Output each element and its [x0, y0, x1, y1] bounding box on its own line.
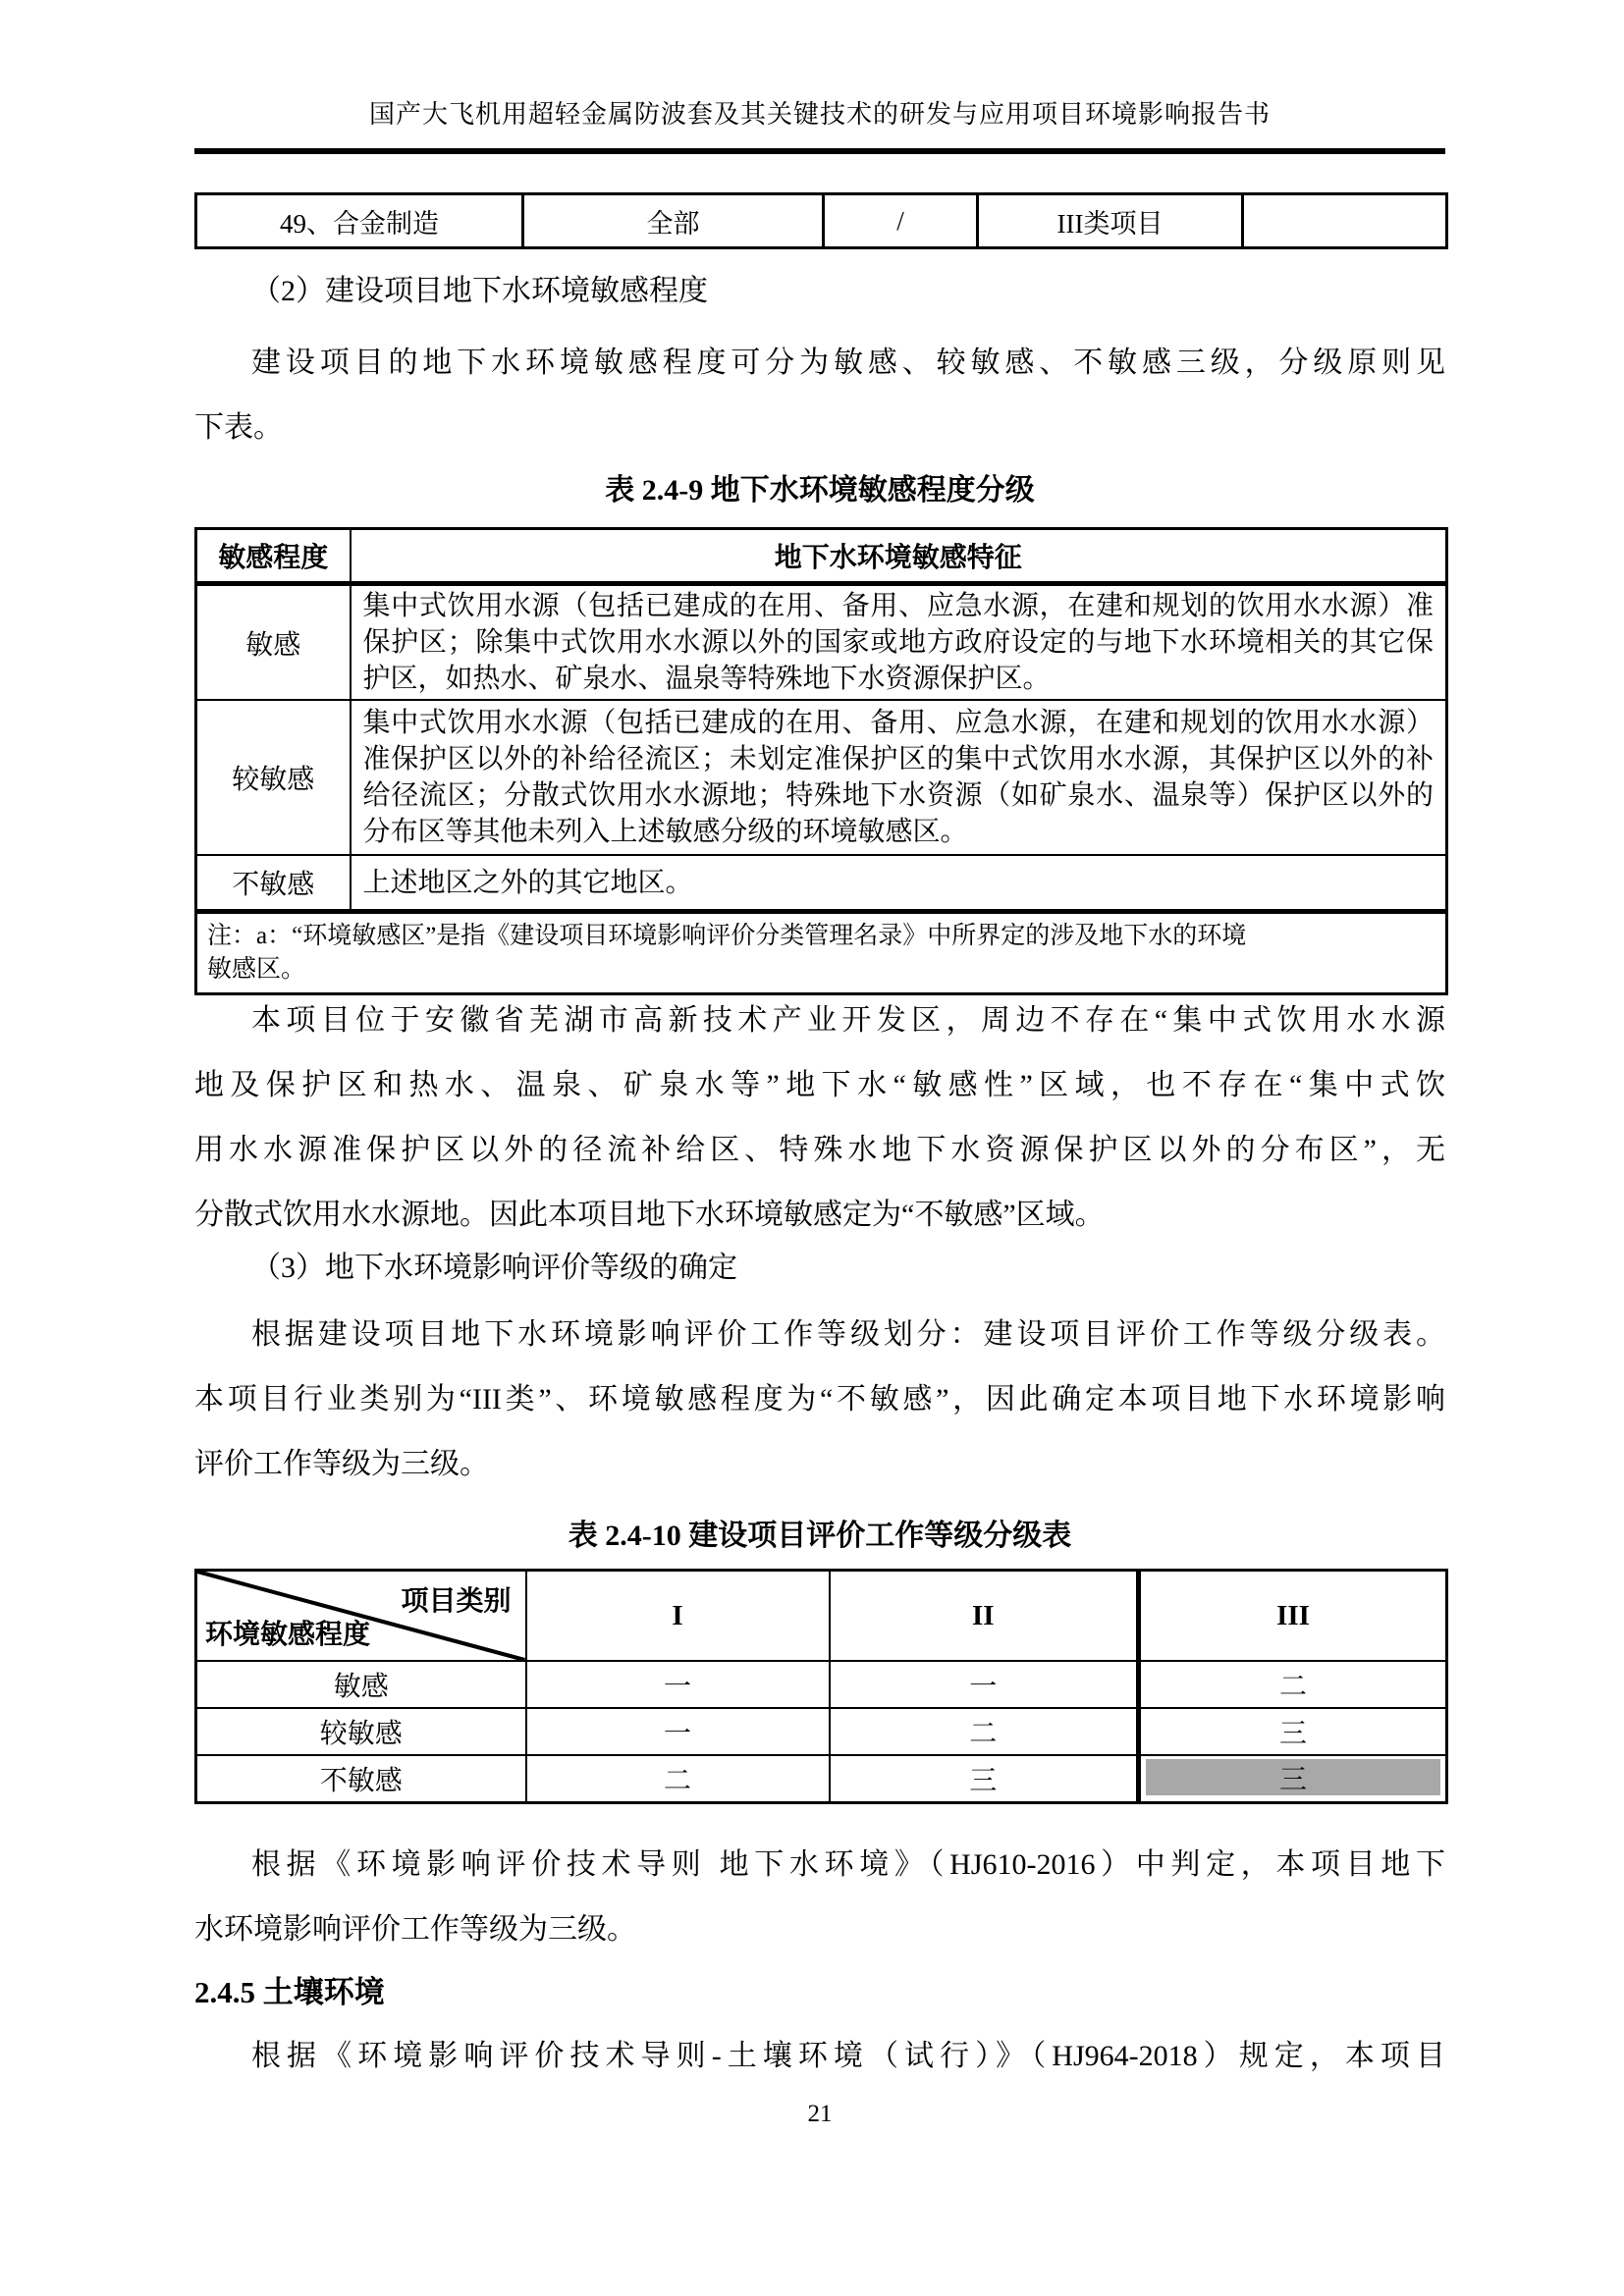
paragraph-line: 本项目位于安徽省芜湖市高新技术产业开发区，周边不存在“集中式饮用水水源	[194, 988, 1445, 1053]
grade-cell: 二	[830, 1708, 1139, 1755]
page-header-title: 国产大飞机用超轻金属防波套及其关键技术的研发与应用项目环境影响报告书	[194, 94, 1445, 131]
paragraph-line: 评价工作等级为三级。	[194, 1432, 1445, 1497]
paragraph-line: 分散式饮用水水源地。因此本项目地下水环境敏感定为“不敏感”区域。	[194, 1183, 1445, 1248]
grade-cell: 三	[830, 1755, 1139, 1803]
grade-cell: 二	[1139, 1661, 1447, 1708]
category-cell-empty	[1243, 194, 1447, 248]
grade-cell-highlighted: 三	[1139, 1755, 1447, 1803]
feature-cell: 集中式饮用水源（包括已建成的在用、备用、应急水源，在建和规划的饮用水水源）准保护…	[351, 584, 1447, 701]
feature-cell: 集中式饮用水水源（包括已建成的在用、备用、应急水源，在建和规划的饮用水水源）准保…	[351, 700, 1447, 855]
grade-cell: 三	[1139, 1708, 1447, 1755]
table-row: 敏感程度 地下水环境敏感特征	[196, 529, 1447, 584]
level-cell: 敏感	[196, 584, 351, 701]
paragraph-line: 本项目行业类别为“III类”、环境敏感程度为“不敏感”，因此确定本项目地下水环境…	[194, 1367, 1445, 1432]
highlight-box: 三	[1146, 1759, 1440, 1795]
conclusion-paragraph: 根据《环境影响评价技术导则 地下水环境》（HJ610-2016）中判定，本项目地…	[194, 1833, 1445, 1962]
paragraph-line: 水环境影响评价工作等级为三级。	[194, 1897, 1445, 1962]
diagonal-header-cell: 项目类别 环境敏感程度	[196, 1571, 526, 1662]
table-row: 敏感 一 一 二	[196, 1661, 1447, 1708]
category-cell-slash: /	[824, 194, 978, 248]
table-row: 较敏感 集中式饮用水水源（包括已建成的在用、备用、应急水源，在建和规划的饮用水水…	[196, 700, 1447, 855]
table-header-row: 项目类别 环境敏感程度 I II III	[196, 1571, 1447, 1662]
section-3-heading: （3）地下水环境影响评价等级的确定	[194, 1249, 1502, 1288]
evaluation-grade-table: 项目类别 环境敏感程度 I II III 敏感 一 一 二 较敏感 一 二	[194, 1569, 1448, 1804]
section-3-paragraph: 根据建设项目地下水环境影响评价工作等级划分：建设项目评价工作等级分级表。 本项目…	[194, 1303, 1445, 1497]
sensitivity-grading-table: 敏感程度 地下水环境敏感特征 敏感 集中式饮用水源（包括已建成的在用、备用、应急…	[194, 527, 1448, 995]
row-label: 不敏感	[196, 1755, 526, 1803]
paragraph-line: 根据建设项目地下水环境影响评价工作等级划分：建设项目评价工作等级分级表。	[194, 1303, 1445, 1367]
row-label: 较敏感	[196, 1708, 526, 1755]
category-table-wrap: 49、合金制造 全部 / III类项目	[194, 192, 1445, 249]
table-row: 不敏感 二 三 三	[196, 1755, 1447, 1803]
location-paragraph: 本项目位于安徽省芜湖市高新技术产业开发区，周边不存在“集中式饮用水水源 地及保护…	[194, 988, 1445, 1248]
note-line: 注：a：“环境敏感区”是指《建设项目环境影响评价分类管理名录》中所界定的涉及地下…	[207, 920, 1435, 953]
grade-cell: 一	[830, 1661, 1139, 1708]
row-label: 敏感	[196, 1661, 526, 1708]
table-row: 较敏感 一 二 三	[196, 1708, 1447, 1755]
col-header-III: III	[1139, 1571, 1447, 1662]
diagonal-label-env-sensitivity: 环境敏感程度	[205, 1613, 370, 1652]
paragraph-line: 地及保护区和热水、温泉、矿泉水等”地下水“敏感性”区域，也不存在“集中式饮	[194, 1053, 1445, 1118]
paragraph-line: 建设项目的地下水环境敏感程度可分为敏感、较敏感、不敏感三级，分级原则见	[194, 331, 1445, 396]
table-249-title: 表 2.4-9 地下水环境敏感程度分级	[194, 471, 1445, 510]
document-page: 国产大飞机用超轻金属防波套及其关键技术的研发与应用项目环境影响报告书 49、合金…	[0, 0, 1624, 2296]
table-2410-title: 表 2.4-10 建设项目评价工作等级分级表	[194, 1517, 1445, 1556]
col-header-II: II	[830, 1571, 1139, 1662]
table-row: 不敏感 上述地区之外的其它地区。	[196, 855, 1447, 912]
category-cell-class: III类项目	[978, 194, 1243, 248]
note-line: 敏感区。	[207, 953, 1435, 987]
header-cell-level: 敏感程度	[196, 529, 351, 584]
table-249-wrap: 敏感程度 地下水环境敏感特征 敏感 集中式饮用水源（包括已建成的在用、备用、应急…	[194, 527, 1445, 995]
grade-cell: 一	[526, 1708, 830, 1755]
category-table: 49、合金制造 全部 / III类项目	[194, 192, 1448, 249]
table-2410-wrap: 项目类别 环境敏感程度 I II III 敏感 一 一 二 较敏感 一 二	[194, 1569, 1445, 1804]
note-cell: 注：a：“环境敏感区”是指《建设项目环境影响评价分类管理名录》中所界定的涉及地下…	[196, 912, 1447, 994]
header-rule	[194, 148, 1445, 154]
category-cell-name: 49、合金制造	[196, 194, 523, 248]
grade-cell: 二	[526, 1755, 830, 1803]
paragraph-line: 用水水源准保护区以外的径流补给区、特殊水地下水资源保护区以外的分布区”，无	[194, 1118, 1445, 1183]
grade-cell: 一	[526, 1661, 830, 1708]
soil-paragraph: 根据《环境影响评价技术导则-土壤环境（试行）》（HJ964-2018）规定，本项…	[194, 2024, 1445, 2089]
category-row: 49、合金制造 全部 / III类项目	[196, 194, 1447, 248]
paragraph-line: 根据《环境影响评价技术导则-土壤环境（试行）》（HJ964-2018）规定，本项…	[194, 2024, 1445, 2089]
header-cell-feature: 地下水环境敏感特征	[351, 529, 1447, 584]
page-number: 21	[194, 2101, 1445, 2128]
section-245-heading: 2.4.5 土壤环境	[194, 1973, 1445, 2012]
table-row: 敏感 集中式饮用水源（包括已建成的在用、备用、应急水源，在建和规划的饮用水水源）…	[196, 584, 1447, 701]
level-cell: 不敏感	[196, 855, 351, 912]
category-cell-scope: 全部	[523, 194, 824, 248]
section-2-paragraph: 建设项目的地下水环境敏感程度可分为敏感、较敏感、不敏感三级，分级原则见 下表。	[194, 331, 1445, 460]
paragraph-line: 下表。	[194, 396, 1445, 460]
col-header-I: I	[526, 1571, 830, 1662]
feature-cell: 上述地区之外的其它地区。	[351, 855, 1447, 912]
level-cell: 较敏感	[196, 700, 351, 855]
paragraph-line: 根据《环境影响评价技术导则 地下水环境》（HJ610-2016）中判定，本项目地…	[194, 1833, 1445, 1897]
table-note-row: 注：a：“环境敏感区”是指《建设项目环境影响评价分类管理名录》中所界定的涉及地下…	[196, 912, 1447, 994]
diagonal-label-project-category: 项目类别	[401, 1579, 511, 1619]
section-2-heading: （2）建设项目地下水环境敏感程度	[194, 272, 1502, 311]
